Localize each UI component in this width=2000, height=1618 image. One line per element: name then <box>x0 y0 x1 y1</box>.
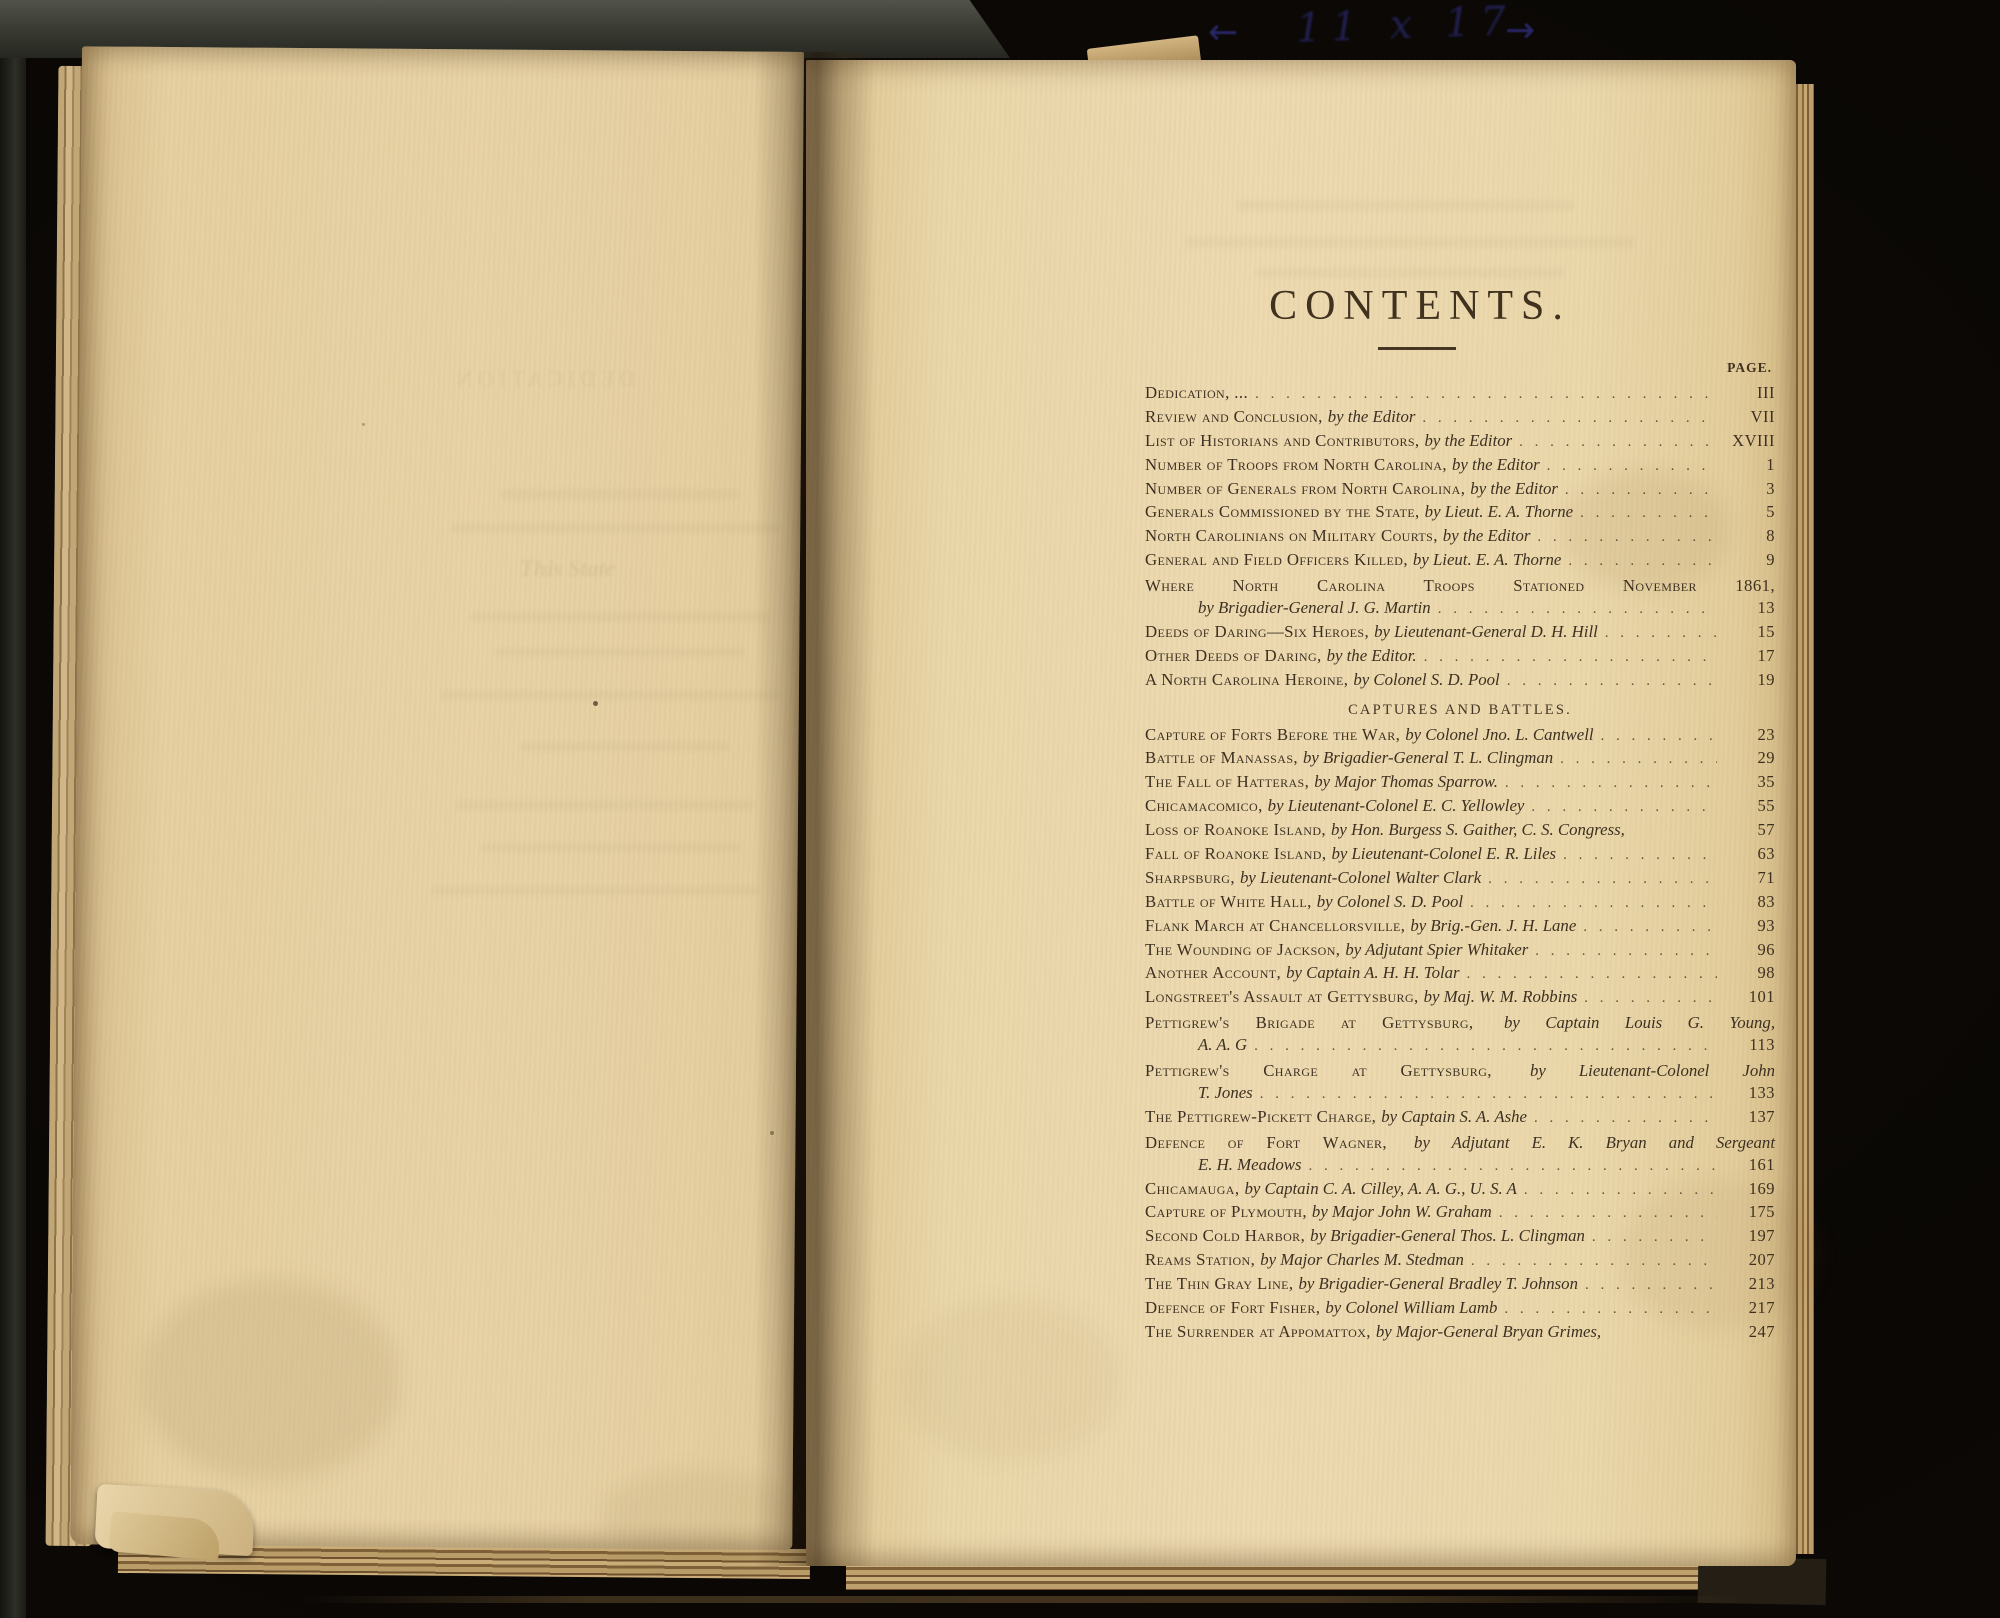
entry-page-number: 55 <box>1719 796 1775 816</box>
entry-page-number: 3 <box>1719 479 1775 499</box>
ghost-showthrough-text: This State <box>520 556 615 582</box>
page-edge-stack-right <box>1793 84 1814 1554</box>
dot-leader: . . . . . . . . . . . . . . . . . . . . … <box>1471 1253 1717 1270</box>
dot-leader: . . . . . . . . . . . . . . . . . . . . … <box>1524 1182 1717 1199</box>
entry-page-number: 175 <box>1719 1202 1775 1222</box>
entry-page-number: 19 <box>1719 670 1775 690</box>
entry-page-number: 23 <box>1719 725 1775 745</box>
toc-entry: A. A. G . . . . . . . . . . . . . . . . … <box>1145 1035 1775 1059</box>
toc-entry: A North Carolina Heroine,by Colonel S. D… <box>1145 670 1775 694</box>
title-rule <box>1378 347 1456 350</box>
dot-leader: . . . . . . . . . . . . . . . . . . . . … <box>1560 751 1717 768</box>
dot-leader: . . . . . . . . . . . . . . . . . . . . … <box>1488 871 1717 888</box>
entry-title: North Carolinians on Military Courts, <box>1145 526 1438 546</box>
dot-leader: . . . . . . . . . . . . . . . . . . . . … <box>1308 1158 1717 1175</box>
entry-title: List of Historians and Contributors, <box>1145 431 1420 451</box>
entry-author: E. H. Meadows <box>1198 1155 1301 1175</box>
entry-author: by the Editor <box>1443 526 1531 546</box>
entry-title: Longstreet's Assault at Gettysburg, <box>1145 987 1419 1007</box>
dot-leader: . . . . . . . . . . . . . . . . . . . . … <box>1260 1086 1717 1103</box>
entry-page-number: 207 <box>1719 1250 1775 1270</box>
entry-title: Another Account, <box>1145 963 1281 983</box>
entry-author: by the Editor <box>1425 431 1513 451</box>
toc-entry: Pettigrew's Charge at Gettysburg, by Lie… <box>1145 1059 1775 1083</box>
ghost-line <box>450 523 780 533</box>
entry-title: The Thin Gray Line, <box>1145 1274 1294 1294</box>
entry-page-number: XVIII <box>1719 431 1775 451</box>
entry-author: by Brigadier-General T. L. Clingman <box>1303 748 1553 768</box>
dot-leader: . . . . . . . . . . . . . . . . . . . . … <box>1470 895 1717 912</box>
dot-leader: . . . . . . . . . . . . . . . . . . . . … <box>1505 775 1717 792</box>
entry-title: Chicamacomico, <box>1145 796 1263 816</box>
entry-author: T. Jones <box>1198 1083 1253 1103</box>
book-cover-bottom-edge <box>300 1596 1750 1603</box>
entry-author: by Lieut. E. A. Thorne <box>1425 502 1573 522</box>
entry-page-number: 1 <box>1719 455 1775 475</box>
toc-entry: Second Cold Harbor,by Brigadier-General … <box>1145 1226 1775 1250</box>
entry-page-number: 29 <box>1719 748 1775 768</box>
ghost-line <box>430 886 760 895</box>
ghost-line <box>440 690 780 700</box>
toc-entry: Deeds of Daring—Six Heroes,by Lieutenant… <box>1145 622 1775 646</box>
toc-entry: Defence of Fort Fisher,by Colonel Willia… <box>1145 1298 1775 1322</box>
paper-stain <box>140 1280 400 1480</box>
toc-entry: Dedication, ... . . . . . . . . . . . . … <box>1145 383 1775 407</box>
toc-entry: Battle of Manassas,by Brigadier-General … <box>1145 748 1775 772</box>
entry-title: Loss of Roanoke Island, <box>1145 820 1326 840</box>
toc-entry: The Wounding of Jackson,by Adjutant Spie… <box>1145 940 1775 964</box>
toc-entry: General and Field Officers Killed,by Lie… <box>1145 550 1775 574</box>
entry-page-number: 213 <box>1719 1274 1775 1294</box>
toc-entry: Number of Generals from North Carolina,b… <box>1145 479 1775 503</box>
entry-author: by Major John W. Graham <box>1312 1202 1492 1222</box>
toc-entry: The Fall of Hatteras,by Major Thomas Spa… <box>1145 772 1775 796</box>
toc-entry: Review and Conclusion,by the Editor . . … <box>1145 407 1775 431</box>
page-edge-stack-bottom-right <box>846 1563 1796 1590</box>
dot-leader: . . . . . . . . . . . . . . . . . . . . … <box>1568 553 1717 570</box>
section-heading: CAPTURES AND BATTLES. <box>1145 694 1775 725</box>
ghost-line <box>1235 200 1575 211</box>
entry-title: The Wounding of Jackson, <box>1145 940 1340 960</box>
entry-author: by Brigadier-General Bradley T. Johnson <box>1299 1274 1578 1294</box>
toc-list: Dedication, ... . . . . . . . . . . . . … <box>1145 383 1775 1346</box>
entry-title: Defence of Fort Fisher, <box>1145 1298 1320 1318</box>
entry-page-number: 169 <box>1719 1179 1775 1199</box>
ghost-line <box>1185 237 1635 248</box>
entry-author: by Captain S. A. Ashe <box>1381 1107 1527 1127</box>
entry-page-number: 35 <box>1719 772 1775 792</box>
dot-leader: . . . . . . . . . . . . . . . . . . . . … <box>1531 799 1717 816</box>
entry-author: by Captain C. A. Cilley, A. A. G., U. S.… <box>1244 1179 1516 1199</box>
ghost-line <box>500 489 740 500</box>
toc-entry: Flank March at Chancellorsville,by Brig.… <box>1145 916 1775 940</box>
entry-author: by Colonel S. D. Pool <box>1353 670 1499 690</box>
paper-stain <box>900 1300 1120 1460</box>
dot-leader: . . . . . . . . . . . . . . . . . . . . … <box>1563 847 1717 864</box>
entry-title: Capture of Plymouth, <box>1145 1202 1307 1222</box>
entry-title: Pettigrew's Charge at Gettysburg, <box>1145 1061 1492 1080</box>
entry-title: Second Cold Harbor, <box>1145 1226 1305 1246</box>
entry-title: Dedication, ... <box>1145 383 1248 403</box>
entry-page-number: 133 <box>1719 1083 1775 1103</box>
entry-author: by Colonel William Lamb <box>1325 1298 1497 1318</box>
toc-entry: E. H. Meadows . . . . . . . . . . . . . … <box>1145 1155 1775 1179</box>
entry-title: Review and Conclusion, <box>1145 407 1323 427</box>
page-column-header: PAGE. <box>1690 360 1772 376</box>
entry-author: by Brig.-Gen. J. H. Lane <box>1410 916 1576 936</box>
entry-page-number: 15 <box>1719 622 1775 642</box>
toc-entry: Battle of White Hall,by Colonel S. D. Po… <box>1145 892 1775 916</box>
entry-title: Reams Station, <box>1145 1250 1255 1270</box>
ghost-line <box>520 742 730 751</box>
dot-leader: . . . . . . . . . . . . . . . . . . . . … <box>1507 673 1717 690</box>
dot-leader: . . . . . . . . . . . . . . . . . . . . … <box>1424 649 1717 666</box>
entry-title: Chicamauga, <box>1145 1179 1239 1199</box>
dot-leader: . . . . . . . . . . . . . . . . . . . . … <box>1605 625 1717 642</box>
entry-page-number: 63 <box>1719 844 1775 864</box>
dot-leader: . . . . . . . . . . . . . . . . . . . . … <box>1438 601 1717 618</box>
ink-speck <box>593 701 598 706</box>
entry-page-number: 57 <box>1719 820 1775 840</box>
entry-title: Other Deeds of Daring, <box>1145 646 1322 666</box>
toc-entry: Where North Carolina Troops Stationed No… <box>1145 574 1775 598</box>
entry-author: by the Editor <box>1328 407 1416 427</box>
toc-entry: Chicamacomico,by Lieutenant-Colonel E. C… <box>1145 796 1775 820</box>
dot-leader: . . . . . . . . . . . . . . . . . . . . … <box>1584 990 1717 1007</box>
entry-title: Defence of Fort Wagner, <box>1145 1133 1387 1152</box>
ghost-line <box>480 843 740 852</box>
toc-entry: Defence of Fort Wagner, by Adjutant E. K… <box>1145 1131 1775 1155</box>
entry-author: by the Editor <box>1452 455 1540 475</box>
toc-entry: Pettigrew's Brigade at Gettysburg, by Ca… <box>1145 1011 1775 1035</box>
toc-entry: The Pettigrew-Pickett Charge,by Captain … <box>1145 1107 1775 1131</box>
entry-author: by Major Thomas Sparrow. <box>1314 772 1498 792</box>
toc-entry: Fall of Roanoke Island,by Lieutenant-Col… <box>1145 844 1775 868</box>
entry-page-number: 161 <box>1719 1155 1775 1175</box>
toc-entry: Capture of Forts Before the War,by Colon… <box>1145 725 1775 749</box>
book-cover-spine-edge <box>0 0 26 1618</box>
entry-author: by Adjutant Spier Whitaker <box>1345 940 1528 960</box>
toc-entry: The Thin Gray Line,by Brigadier-General … <box>1145 1274 1775 1298</box>
annotation-left-arrow-icon: ← <box>1208 12 1238 53</box>
ghost-line <box>470 612 770 622</box>
entry-page-number: 13 <box>1719 598 1775 618</box>
entry-author: by Colonel S. D. Pool <box>1317 892 1463 912</box>
entry-author: by the Editor. <box>1327 646 1417 666</box>
entry-title: Where North Carolina Troops Stationed No… <box>1145 576 1775 595</box>
entry-page-number: 101 <box>1719 987 1775 1007</box>
dot-leader: . . . . . . . . . . . . . . . . . . . . … <box>1422 410 1717 427</box>
entry-title: Generals Commissioned by the State, <box>1145 502 1420 522</box>
entry-title: Number of Generals from North Carolina, <box>1145 479 1465 499</box>
toc-entry: Number of Troops from North Carolina,by … <box>1145 455 1775 479</box>
gutter-shadow <box>754 52 876 1566</box>
entry-page-number: 137 <box>1719 1107 1775 1127</box>
dot-leader: . . . . . . . . . . . . . . . . . . . . … <box>1255 386 1717 403</box>
entry-title: The Surrender at Appomattox, <box>1145 1322 1371 1342</box>
entry-author: by Adjutant E. K. Bryan and Sergeant <box>1414 1133 1775 1152</box>
toc-entry: Other Deeds of Daring,by the Editor. . .… <box>1145 646 1775 670</box>
entry-author: by Maj. W. M. Robbins <box>1424 987 1578 1007</box>
entry-author: by Hon. Burgess S. Gaither, C. S. Congre… <box>1331 820 1625 840</box>
entry-author: by Lieut. E. A. Thorne <box>1413 550 1561 570</box>
entry-title: Fall of Roanoke Island, <box>1145 844 1326 864</box>
dot-leader: . . . . . . . . . . . . . . . . . . . . … <box>1254 1038 1717 1055</box>
entry-title: Deeds of Daring—Six Heroes, <box>1145 622 1369 642</box>
entry-title: The Pettigrew-Pickett Charge, <box>1145 1107 1376 1127</box>
annotation-size-note: 11 x 17 <box>1295 0 1516 52</box>
dot-leader: . . . . . . . . . . . . . . . . . . . . … <box>1467 966 1717 983</box>
entry-title: The Fall of Hatteras, <box>1145 772 1309 792</box>
entry-author: A. A. G <box>1198 1035 1247 1055</box>
toc-entry: List of Historians and Contributors,by t… <box>1145 431 1775 455</box>
dot-leader: . . . . . . . . . . . . . . . . . . . . … <box>1535 943 1717 960</box>
entry-author: by Captain A. H. H. Tolar <box>1286 963 1459 983</box>
entry-author: by Brigadier-General J. G. Martin <box>1198 598 1431 618</box>
entry-title: Flank March at Chancellorsville, <box>1145 916 1405 936</box>
entry-author: by Lieutenant-Colonel E. C. Yellowley <box>1268 796 1525 816</box>
ghost-line <box>1255 268 1565 278</box>
toc-entry: Capture of Plymouth,by Major John W. Gra… <box>1145 1202 1775 1226</box>
dot-leader: . . . . . . . . . . . . . . . . . . . . … <box>1499 1205 1717 1222</box>
entry-author: by Lieutenant-Colonel John <box>1530 1061 1775 1080</box>
entry-page-number: 5 <box>1719 502 1775 522</box>
dot-leader: . . . . . . . . . . . . . . . . . . . . … <box>1565 482 1717 499</box>
entry-title: Sharpsburg, <box>1145 868 1235 888</box>
ghost-showthrough-title: DEDICATION <box>452 366 635 392</box>
entry-author: by Captain Louis G. Young, <box>1504 1013 1775 1032</box>
entry-title: Battle of White Hall, <box>1145 892 1312 912</box>
toc-entry: by Brigadier-General J. G. Martin . . . … <box>1145 598 1775 622</box>
entry-author: by the Editor <box>1470 479 1558 499</box>
toc-entry: Chicamauga,by Captain C. A. Cilley, A. A… <box>1145 1179 1775 1203</box>
toc-entry: The Surrender at Appomattox,by Major-Gen… <box>1145 1322 1775 1346</box>
entry-author: by Lieutenant-General D. H. Hill <box>1374 622 1598 642</box>
dot-leader: . . . . . . . . . . . . . . . . . . . . … <box>1601 728 1717 745</box>
entry-page-number: 98 <box>1719 963 1775 983</box>
entry-page-number: 247 <box>1719 1322 1775 1342</box>
entry-page-number: 96 <box>1719 940 1775 960</box>
toc-entry: North Carolinians on Military Courts,by … <box>1145 526 1775 550</box>
entry-title: Number of Troops from North Carolina, <box>1145 455 1447 475</box>
entry-page-number: 197 <box>1719 1226 1775 1246</box>
toc-entry: Generals Commissioned by the State,by Li… <box>1145 502 1775 526</box>
entry-title: Capture of Forts Before the War, <box>1145 725 1400 745</box>
entry-title: A North Carolina Heroine, <box>1145 670 1348 690</box>
entry-title: Battle of Manassas, <box>1145 748 1298 768</box>
entry-title: Pettigrew's Brigade at Gettysburg, <box>1145 1013 1474 1032</box>
ghost-line <box>495 648 745 657</box>
dot-leader: . . . . . . . . . . . . . . . . . . . . … <box>1519 434 1717 451</box>
entry-page-number: 83 <box>1719 892 1775 912</box>
page-title: CONTENTS. <box>1140 282 1700 330</box>
entry-page-number: VII <box>1719 407 1775 427</box>
entry-author: by Colonel Jno. L. Cantwell <box>1405 725 1593 745</box>
book-scan: ← 11 x 17 → DEDICATION This State CONTEN… <box>0 0 2000 1618</box>
entry-page-number: 217 <box>1719 1298 1775 1318</box>
toc-entry: T. Jones . . . . . . . . . . . . . . . .… <box>1145 1083 1775 1107</box>
entry-page-number: 93 <box>1719 916 1775 936</box>
dot-leader: . . . . . . . . . . . . . . . . . . . . … <box>1547 458 1717 475</box>
entry-page-number: 17 <box>1719 646 1775 666</box>
dot-leader: . . . . . . . . . . . . . . . . . . . . … <box>1585 1277 1717 1294</box>
entry-author: by Brigadier-General Thos. L. Clingman <box>1310 1226 1585 1246</box>
toc-entry: Sharpsburg,by Lieutenant-Colonel Walter … <box>1145 868 1775 892</box>
entry-page-number: 71 <box>1719 868 1775 888</box>
entry-page-number: 8 <box>1719 526 1775 546</box>
toc-entry: Reams Station,by Major Charles M. Stedma… <box>1145 1250 1775 1274</box>
toc-entry: Another Account,by Captain A. H. H. Tola… <box>1145 963 1775 987</box>
dot-leader: . . . . . . . . . . . . . . . . . . . . … <box>1504 1301 1717 1318</box>
toc-entry: Loss of Roanoke Island,by Hon. Burgess S… <box>1145 820 1775 844</box>
entry-author: by Major-General Bryan Grimes, <box>1376 1322 1601 1342</box>
entry-page-number: 9 <box>1719 550 1775 570</box>
toc-entry: Longstreet's Assault at Gettysburg,by Ma… <box>1145 987 1775 1011</box>
entry-author: by Major Charles M. Stedman <box>1260 1250 1464 1270</box>
annotation-right-arrow-icon: → <box>1505 10 1535 51</box>
ghost-line <box>455 800 755 810</box>
entry-page-number: 113 <box>1719 1035 1775 1055</box>
dot-leader: . . . . . . . . . . . . . . . . . . . . … <box>1580 505 1717 522</box>
entry-author: by Lieutenant-Colonel E. R. Liles <box>1331 844 1556 864</box>
dot-leader: . . . . . . . . . . . . . . . . . . . . … <box>1583 919 1717 936</box>
dot-leader: . . . . . . . . . . . . . . . . . . . . … <box>1534 1110 1717 1127</box>
entry-page-number: III <box>1719 383 1775 403</box>
dot-leader: . . . . . . . . . . . . . . . . . . . . … <box>1537 529 1717 546</box>
dot-leader: . . . . . . . . . . . . . . . . . . . . … <box>1592 1229 1717 1246</box>
entry-title: General and Field Officers Killed, <box>1145 550 1408 570</box>
entry-author: by Lieutenant-Colonel Walter Clark <box>1240 868 1481 888</box>
ink-speck <box>362 423 365 426</box>
